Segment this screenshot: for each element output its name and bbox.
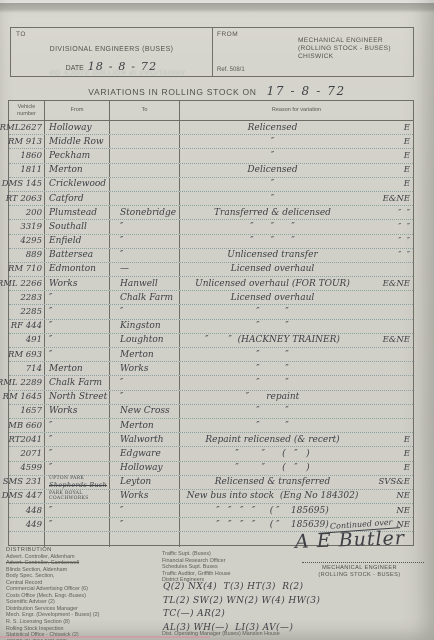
title-printed: VARIATIONS IN ROLLING STOCK ON [88,87,256,97]
signatory-title-line: (ROLLING STOCK - BUSES) [297,572,422,579]
table-row: 200PlumsteadStonebridgeTransferred & del… [9,206,413,220]
to-cell: Merton [109,348,179,361]
title-date: 17 - 8 - 72 [267,84,346,98]
table-row: RF 444″Kingston″ ″ [9,320,413,334]
variation-code: E&NE [365,194,413,204]
from-text: ″ [49,335,52,345]
signature: A E Butler [280,527,421,554]
to-cell [109,164,179,177]
from-cell: ″ [44,348,109,361]
reason-text: Unlicensed transfer [180,250,365,260]
from-line: CHISWICK [298,53,391,61]
vehicle-number: 2283 [9,291,44,304]
from-struck: Shepherds Bush [49,482,107,489]
from-text: ″ [49,293,52,303]
table-row: RT 2063Catford″E&NE [9,192,413,206]
garage-code-lines: Q(2) NX(4) T(3) HT(3) R(2)TL(2) SW(2) WN… [163,581,320,635]
from-text: ″ [49,463,52,473]
reason-cell: ″ ″ [179,419,413,432]
table-header: Vehicle number From To Reason for variat… [9,101,413,121]
reason-text: ″ ″ [180,406,365,416]
from-text: Catford [49,194,84,204]
variation-code: E [365,449,413,459]
reason-text: ″ [180,137,365,147]
reason-text: ″ ″ ″ [180,222,365,232]
to-cell: New Cross [109,405,179,418]
reason-cell: RelicensedE [179,121,413,134]
reason-text: ″ [180,194,365,204]
column-header-from: From [44,101,109,120]
reason-cell: Licensed overhaul [179,263,413,276]
from-cell: ″ [44,433,109,446]
reason-text: Relicensed & transferred [180,477,365,487]
from-cell: Cricklewood [44,178,109,191]
to-cell [109,178,179,191]
garage-code-line: TL(2) SW(2) WN(2) W(4) HW(3) [163,595,320,609]
from-text: ″ [49,307,52,317]
vehicle-number: 448 [9,504,44,517]
table-row: 448″″″ ″ ″ ″ ( ″ 185695)NE [9,504,413,518]
vehicle-number: 200 [9,206,44,219]
from-text: Merton [49,165,83,175]
table-row: 1860Peckham″E [9,149,413,163]
signature-line [302,562,424,563]
variation-code: ″ ″ [365,208,413,218]
reason-cell: Relicensed & transferredSVS&E [179,476,413,489]
from-cell: Chalk Farm [44,376,109,389]
from-text: ″ [49,350,52,360]
variation-code: ″ ″ [365,250,413,260]
variation-code: E [365,137,413,147]
vehicle-number: 1811 [9,164,44,177]
from-smallprint: PARK ROYAL COACHWORKS [49,491,107,501]
to-cell: Merton [109,419,179,432]
from-cell: Merton [44,362,109,375]
reason-cell: ″ ″ ″″ ″ [179,220,413,233]
from-cell: North Street [44,391,109,404]
reason-cell: ″E [179,178,413,191]
variation-code: E [365,435,413,445]
to-cell: Chalk Farm [109,291,179,304]
to-cell: Stonebridge [109,206,179,219]
date-label: DATE [66,65,84,72]
to-cell [109,135,179,148]
vehicle-number: RM 913 [9,135,44,148]
from-text: Southall [49,222,87,232]
from-text: Enfield [49,236,81,246]
to-cell: ″ [109,220,179,233]
vehicle-number: RT2041 [9,433,44,446]
from-address: MECHANICAL ENGINEER (ROLLING STOCK - BUS… [298,37,391,61]
table-row: RML 2266WorksHanwellUnlicensed overhaul … [9,277,413,291]
from-text: Works [49,406,77,416]
garage-code-line: Q(2) NX(4) T(3) HT(3) R(2) [163,581,320,595]
reason-text: Licensed overhaul [180,293,365,303]
vehicle-number: 714 [9,362,44,375]
distribution-lines: Advert. Controller, AldenhamAdvert. Cont… [6,554,160,640]
vehicle-number: RM 710 [9,263,44,276]
reason-cell: New bus into stock (Eng No 184302)NE [179,490,413,503]
table-body: RML2627HollowayRelicensedERM 913Middle R… [9,121,413,547]
from-line: MECHANICAL ENGINEER [298,37,391,45]
from-cell: Works [44,405,109,418]
vehicle-number: DMS 447 [9,490,44,503]
table-row: 2285″″″ ″ [9,305,413,319]
reason-cell: ″ ″ [179,362,413,375]
reason-text: ″ ″ ″ ″ ( ″ 185695) [180,506,365,516]
reason-cell: ″ ″ (HACKNEY TRAINER)E&NE [179,334,413,347]
vehicle-number: RML 2289 [9,376,44,389]
vehicle-number: RML 2266 [9,277,44,290]
from-cell: ″ [44,291,109,304]
table-row: 3319Southall″″ ″ ″″ ″ [9,220,413,234]
from-cell: ″ [44,518,109,531]
from-cell: Enfield [44,235,109,248]
from-text: Middle Row [49,137,104,147]
from-cell: ″ [44,504,109,517]
vehicle-number: 2071 [9,447,44,460]
vehicle-number: 4599 [9,462,44,475]
reason-cell: ″E&NE [179,192,413,205]
variation-code: E&NE [365,279,413,289]
table-row: RM 710Edmonton—Licensed overhaul [9,263,413,277]
to-cell [109,149,179,162]
variation-code: E [365,179,413,189]
from-cell: Peckham [44,149,109,162]
reason-cell: Unlicensed transfer″ ″ [179,249,413,262]
table-row: 714MertonWorks″ ″ [9,362,413,376]
table-row: 1657WorksNew Cross″ ″ [9,405,413,419]
date-line: DATE 18 - 8 - 72 [11,60,212,73]
to-cell: Loughton [109,334,179,347]
reason-text: ″ ″ ( ″ ) [180,449,365,459]
reason-cell: ″ repaint [179,391,413,404]
reason-cell: ″ ″ ( ″ )E [179,447,413,460]
from-text: Chalk Farm [49,378,102,388]
to-cell: ″ [109,391,179,404]
signatory-title-line: MECHANICAL ENGINEER [297,565,422,572]
from-text: ″ [49,435,52,445]
reason-cell: ″ ″ ″ ″ ( ″ 185695)NE [179,504,413,517]
vehicle-number: RT 2063 [9,192,44,205]
variation-code: E [365,123,413,133]
to-cell [109,121,179,134]
from-cell: Southall [44,220,109,233]
reference-number: Ref. 508/1 [217,67,245,73]
reason-text: ″ [180,179,365,189]
reason-text: ″ ″ [180,378,365,388]
reason-cell: ″E [179,135,413,148]
column-header-reason: Reason for variation [179,101,413,120]
to-cell: ″ [109,504,179,517]
table-row: 2071″Edgware″ ″ ( ″ )E [9,447,413,461]
reason-text: ″ ″ ( ″ ) [180,463,365,473]
from-text: ″ [49,506,52,516]
from-cell: ″ [44,334,109,347]
date-value: 18 - 8 - 72 [88,60,158,73]
table-row: 2283″Chalk FarmLicensed overhaul [9,291,413,305]
to-cell [109,532,179,546]
from-text: ″ [49,321,52,331]
from-cell [44,532,109,546]
vehicle-number: RM 693 [9,348,44,361]
column-header-to: To [109,101,179,120]
distribution-list: DISTRIBUTION Advert. Controller, Aldenha… [6,547,160,640]
from-cell: Catford [44,192,109,205]
vehicle-number: RF 444 [9,320,44,333]
to-label: TO [16,31,26,38]
table-row: DMS 447PARK ROYAL COACHWORKSWorksNew bus… [9,490,413,504]
to-cell: Works [109,362,179,375]
vehicle-number: 2285 [9,305,44,318]
reason-cell: ″ ″ [179,376,413,389]
reason-cell: Unlicensed overhaul (FOR TOUR)E&NE [179,277,413,290]
from-text: Edmonton [49,264,96,274]
vehicle-number: RM 1645 [9,391,44,404]
from-text: Plumstead [49,208,97,218]
from-text: Battersea [49,250,93,260]
reason-text: Repaint relicensed (& recert) [180,435,365,445]
signatory-title: MECHANICAL ENGINEER (ROLLING STOCK - BUS… [297,565,422,579]
to-cell: Works [109,490,179,503]
vehicle-number: 889 [9,249,44,262]
from-text: North Street [49,392,107,402]
reason-text: Relicensed [180,123,365,133]
vehicle-number: 1860 [9,149,44,162]
reason-cell: ″ ″ [179,305,413,318]
reason-cell: Repaint relicensed (& recert)E [179,433,413,446]
from-text: Merton [49,364,83,374]
from-box: FROM MECHANICAL ENGINEER (ROLLING STOCK … [212,27,414,77]
table-row: RM 1645North Street″″ repaint [9,391,413,405]
reason-text: ″ ″ [180,350,365,360]
reason-text: ″ ″ ″ [180,236,365,246]
variation-code: E [365,151,413,161]
to-cell: ″ [109,235,179,248]
table-row: 491″Loughton″ ″ (HACKNEY TRAINER)E&NE [9,334,413,348]
variation-code: E [365,165,413,175]
from-text: Holloway [49,123,92,133]
from-cell: PARK ROYAL COACHWORKS [44,490,109,503]
reason-text: ″ [180,151,365,161]
table-row: SMS 231UPTON PARKShepherds BushLeytonRel… [9,476,413,490]
vehicle-number: RML2627 [9,121,44,134]
document-title: VARIATIONS IN ROLLING STOCK ON17 - 8 - 7… [0,84,434,98]
variation-code: NE [365,506,413,516]
from-cell: Holloway [44,121,109,134]
to-cell: ″ [109,305,179,318]
to-cell: Edgware [109,447,179,460]
from-cell: ″ [44,419,109,432]
to-cell: ″ [109,376,179,389]
reason-cell: DelicensedE [179,164,413,177]
from-label: FROM [217,31,238,38]
from-text: Cricklewood [49,179,106,189]
reason-cell: Licensed overhaul [179,291,413,304]
table-row: 1811MertonDelicensedE [9,164,413,178]
vehicle-number: 491 [9,334,44,347]
recipient-item: Traffic Auditor, Griffith House [162,571,231,578]
variation-code: NE [365,491,413,501]
from-cell: Works [44,277,109,290]
reason-cell: ″ ″ ″″ ″ [179,235,413,248]
from-text: ″ [49,449,52,459]
to-box: VARIATIONS IN ROLLING STOCK ON TO DIVISI… [10,27,213,77]
to-cell: ″ [109,518,179,531]
vehicle-number: 1657 [9,405,44,418]
reason-cell: ″ ″ ( ″ )E [179,462,413,475]
recipient-item: Financial Research Officer [162,558,231,565]
scanned-page: VARIATIONS IN ROLLING STOCK ON TO DIVISI… [0,0,434,640]
table-row: 4599″Holloway″ ″ ( ″ )E [9,462,413,476]
from-cell: Plumstead [44,206,109,219]
reason-text: ″ repaint [180,392,365,402]
reason-cell: ″ ″ [179,320,413,333]
recipient-lines: Traffic Supt. (Buses)Financial Research … [162,551,231,584]
reason-text: ″ ″ [180,321,365,331]
variation-code: SVS&E [365,477,413,487]
reason-cell: ″ ″ [179,348,413,361]
scan-artifact-line [0,636,210,638]
reason-text: New bus into stock (Eng No 184302) [180,491,365,501]
reason-text: Transferred & delicensed [180,208,365,218]
table-row: RML 2289Chalk Farm″″ ″ [9,376,413,390]
reason-text: ″ ″ [180,364,365,374]
variation-code: E&NE [365,335,413,345]
table-row: RM 693″Merton″ ″ [9,348,413,362]
from-text: Peckham [49,151,90,161]
recipient-item: Traffic Supt. (Buses) [162,551,231,558]
reason-cell: ″E [179,149,413,162]
vehicle-number: DMS 145 [9,178,44,191]
column-header-vehicle: Vehicle number [9,101,44,120]
table-row: RT2041″WalworthRepaint relicensed (& rec… [9,433,413,447]
from-cell: ″ [44,320,109,333]
from-cell: UPTON PARKShepherds Bush [44,476,109,489]
reason-text: ″ ″ [180,421,365,431]
vehicle-number: MB 660 [9,419,44,432]
table-row: DMS 145Cricklewood″E [9,178,413,192]
reason-text: ″ ″ [180,307,365,317]
from-text: ″ [49,520,52,530]
to-cell: Leyton [109,476,179,489]
to-cell: Holloway [109,462,179,475]
table-row: MB 660″Merton″ ″ [9,419,413,433]
garage-code-line: TC(—) AR(2) [163,608,320,622]
reason-cell: Transferred & delicensed″ ″ [179,206,413,219]
from-cell: Battersea [44,249,109,262]
from-cell: Edmonton [44,263,109,276]
variation-code: ″ ″ [365,236,413,246]
to-cell: Walworth [109,433,179,446]
reason-cell: ″ ″ [179,405,413,418]
to-cell: Hanwell [109,277,179,290]
vehicle-number [9,532,44,546]
table-row: RM 913Middle Row″E [9,135,413,149]
vehicle-number: SMS 231 [9,476,44,489]
table-row: RML2627HollowayRelicensedE [9,121,413,135]
variation-code: E [365,463,413,473]
table-row: 889Battersea″Unlicensed transfer″ ″ [9,249,413,263]
from-text: ″ [49,421,52,431]
to-value: DIVISIONAL ENGINEERS (BUSES) [11,46,212,53]
from-cell: ″ [44,462,109,475]
recipient-item: Schedules Supt. Buses [162,564,231,571]
to-cell: Kingston [109,320,179,333]
variation-code: ″ ″ [365,222,413,232]
vehicle-number: 4295 [9,235,44,248]
reason-text: Unlicensed overhaul (FOR TOUR) [180,279,365,289]
reason-text: Licensed overhaul [180,264,365,274]
to-cell: — [109,263,179,276]
from-cell: Middle Row [44,135,109,148]
variations-table: Vehicle number From To Reason for variat… [8,100,414,546]
from-cell: Merton [44,164,109,177]
vehicle-number: 3319 [9,220,44,233]
to-cell [109,192,179,205]
to-cell: ″ [109,249,179,262]
table-row: 4295Enfield″″ ″ ″″ ″ [9,235,413,249]
reason-text: ″ ″ (HACKNEY TRAINER) [180,335,365,345]
from-line: (ROLLING STOCK - BUSES) [298,45,391,53]
reason-text: Delicensed [180,165,365,175]
from-cell: ″ [44,305,109,318]
from-text: Works [49,279,77,289]
vehicle-number: 449 [9,518,44,531]
from-cell: ″ [44,447,109,460]
